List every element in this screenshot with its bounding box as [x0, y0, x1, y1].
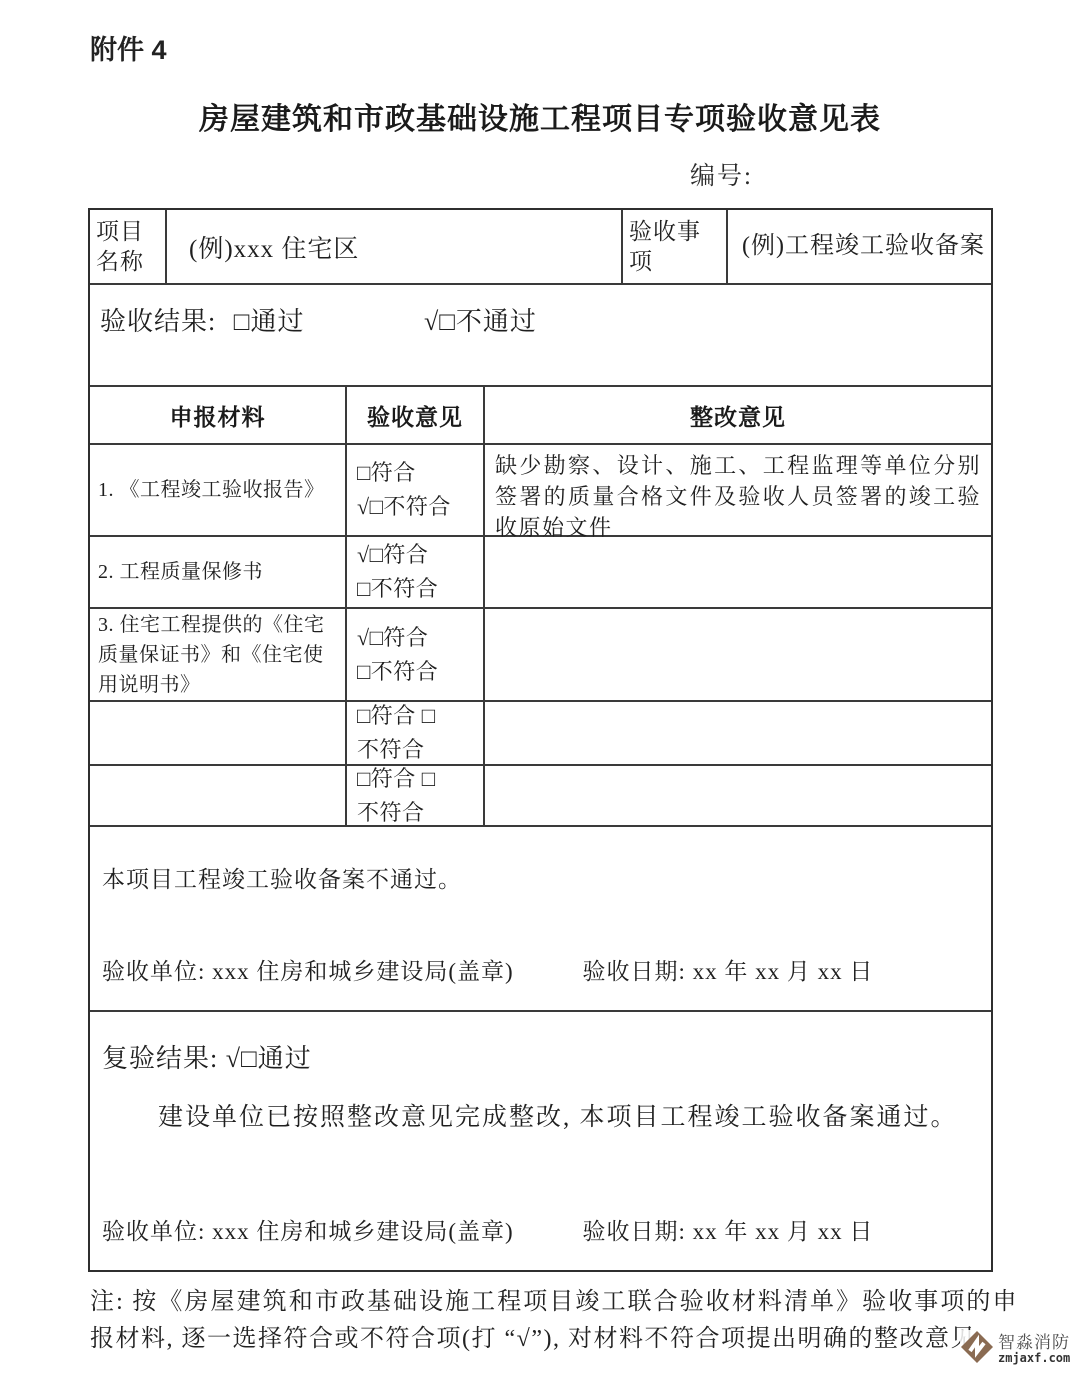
rectification-text [485, 766, 991, 825]
re-review-section: 复验结果: √□通过 建设单位已按照整改意见完成整改, 本项目工程竣工验收备案通… [90, 1012, 991, 1270]
acceptance-unit: 验收单位: xxx 住房和城乡建设局(盖章) [102, 1219, 514, 1244]
material-name: 2. 工程质量保修书 [90, 537, 347, 607]
material-row-2: 2. 工程质量保修书 √□符合 □不符合 [90, 537, 991, 609]
opinion-line: □不符合 [357, 655, 483, 689]
material-row-1: 1. 《工程竣工验收报告》 □符合 √□不符合 缺少勘察、设计、施工、工程监理等… [90, 445, 991, 537]
opinion-line: □符合 □ [357, 762, 483, 796]
materials-header-row: 申报材料 验收意见 整改意见 [90, 387, 991, 445]
re-review-detail: 建设单位已按照整改意见完成整改, 本项目工程竣工验收备案通过。 [102, 1097, 981, 1133]
opinion-line: □符合 [357, 456, 483, 490]
opinion-checkboxes: √□符合 □不符合 [347, 537, 485, 607]
attachment-label: 附件 4 [90, 28, 167, 67]
first-review-signature-line: 验收单位: xxx 住房和城乡建设局(盖章) 验收日期: xx 年 xx 月 x… [102, 953, 981, 986]
acceptance-result-row: 验收结果: □通过 √□不通过 [90, 285, 991, 387]
material-name: 1. 《工程竣工验收报告》 [90, 445, 347, 535]
re-review-signature-line: 验收单位: xxx 住房和城乡建设局(盖章) 验收日期: xx 年 xx 月 x… [102, 1213, 981, 1246]
opinion-checkboxes: √□符合 □不符合 [347, 609, 485, 700]
brand-diamond-icon [960, 1330, 994, 1369]
material-name [90, 702, 347, 764]
watermark-domain: zmjaxf.com [998, 1352, 1070, 1365]
header-declared-materials: 申报材料 [90, 387, 347, 443]
project-name-label: 项目名称 [90, 210, 167, 283]
opinion-line: □不符合 [357, 572, 483, 606]
watermark-brand-name: 智淼消防 [998, 1334, 1070, 1353]
re-review-result-checkbox: 复验结果: √□通过 [102, 1038, 981, 1075]
acceptance-unit: 验收单位: xxx 住房和城乡建设局(盖章) [102, 959, 514, 984]
opinion-line: 不符合 [357, 796, 483, 830]
acceptance-form-table: 项目名称 (例)xxx 住宅区 验收事项 (例)工程竣工验收备案 验收结果: □… [88, 208, 993, 1272]
header-acceptance-opinion: 验收意见 [347, 387, 485, 443]
rectification-text [485, 537, 991, 607]
acceptance-date: 验收日期: xx 年 xx 月 xx 日 [582, 1219, 873, 1244]
rectification-text [485, 702, 991, 764]
acceptance-date: 验收日期: xx 年 xx 月 xx 日 [582, 959, 873, 984]
rectification-text [485, 609, 991, 700]
acceptance-result-label: 验收结果: [100, 307, 216, 336]
project-name-value: (例)xxx 住宅区 [167, 210, 623, 283]
material-row-5: □符合 □ 不符合 [90, 766, 991, 827]
material-name [90, 766, 347, 825]
material-row-4: □符合 □ 不符合 [90, 702, 991, 766]
page-title: 房屋建筑和市政基础设施工程项目专项验收意见表 [0, 94, 1080, 138]
header-rectification-opinion: 整改意见 [485, 387, 991, 443]
opinion-line: √□符合 [357, 621, 483, 655]
opinion-line: □符合 □ [357, 699, 483, 733]
result-pass-checkbox: □通过 [234, 307, 305, 336]
first-review-section: 本项目工程竣工验收备案不通过。 验收单位: xxx 住房和城乡建设局(盖章) 验… [90, 827, 991, 1012]
opinion-checkboxes: □符合 □ 不符合 [347, 702, 485, 764]
material-name: 3. 住宅工程提供的《住宅质量保证书》和《住宅使用说明书》 [90, 609, 347, 700]
project-info-row: 项目名称 (例)xxx 住宅区 验收事项 (例)工程竣工验收备案 [90, 210, 991, 285]
result-fail-checkbox: √□不通过 [424, 307, 537, 336]
opinion-line: √□不符合 [357, 490, 483, 524]
rectification-text: 缺少勘察、设计、施工、工程监理等单位分别签署的质量合格文件及验收人员签署的竣工验… [485, 445, 991, 535]
acceptance-item-value: (例)工程竣工验收备案 [728, 210, 991, 283]
serial-number-label: 编号: [690, 156, 753, 192]
first-review-conclusion: 本项目工程竣工验收备案不通过。 [102, 861, 981, 894]
acceptance-item-label: 验收事项 [623, 210, 728, 283]
footnote: 注: 按《房屋建筑和市政基础设施工程项目竣工联合验收材料清单》验收事项的申报材料… [90, 1284, 1018, 1358]
site-watermark: 智淼消防 zmjaxf.com [960, 1330, 1070, 1369]
opinion-checkboxes: □符合 □ 不符合 [347, 766, 485, 825]
material-row-3: 3. 住宅工程提供的《住宅质量保证书》和《住宅使用说明书》 √□符合 □不符合 [90, 609, 991, 702]
opinion-line: √□符合 [357, 538, 483, 572]
opinion-checkboxes: □符合 √□不符合 [347, 445, 485, 535]
